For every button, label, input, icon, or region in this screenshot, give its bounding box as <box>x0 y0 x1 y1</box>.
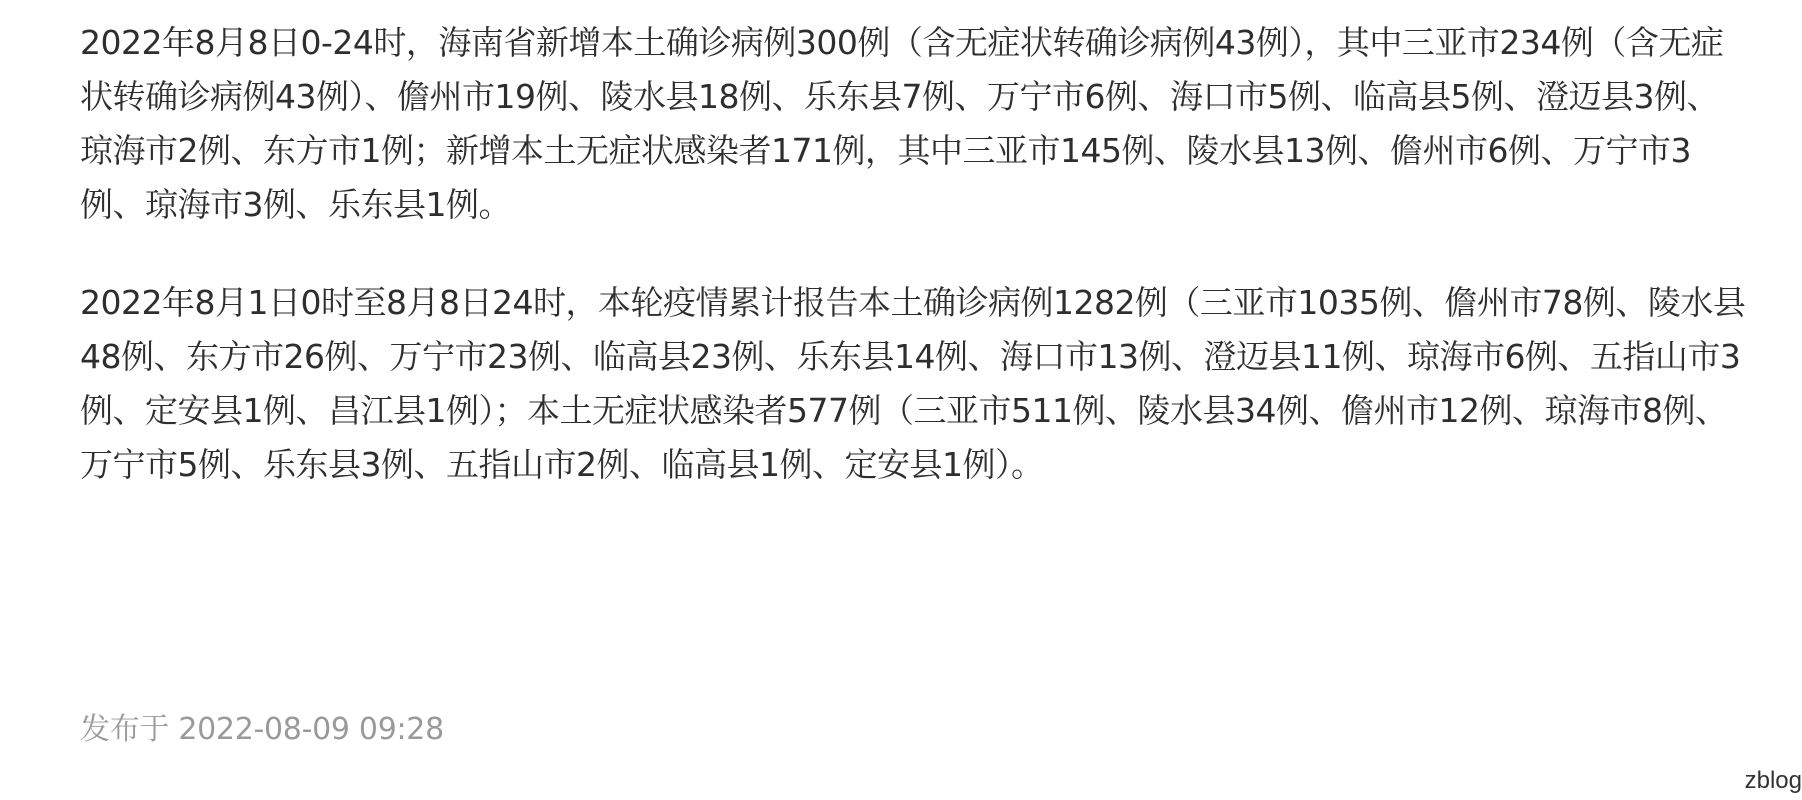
article-body: 2022年8月8日0-24时，海南省新增本土确诊病例300例（含无症状转确诊病例… <box>80 16 1760 492</box>
paragraph-cumulative-cases: 2022年8月1日0时至8月8日24时，本轮疫情累计报告本土确诊病例1282例（… <box>80 276 1750 492</box>
paragraph-daily-cases: 2022年8月8日0-24时，海南省新增本土确诊病例300例（含无症状转确诊病例… <box>80 16 1750 232</box>
watermark: zblog <box>1745 766 1802 796</box>
publish-date: 发布于 2022-08-09 09:28 <box>80 710 444 750</box>
